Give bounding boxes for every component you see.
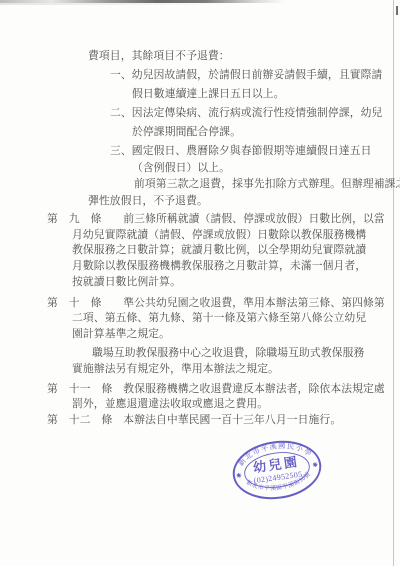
document-line: 前項第三款之退費，採事先扣除方式辦理。但辦理補課之 [134, 178, 400, 191]
document-line: 園計算基準之規定。 [72, 328, 170, 341]
document-line: 第 十 條 準公共幼兒園之收退費，準用本辦法第三條、第四條第 [47, 297, 385, 310]
document-line: 二項、第五條、第九條、第十一條及第六條至第八條公立幼兒 [72, 312, 366, 325]
document-line: 實施辦法另有規定外，準用本辦法之規定。 [72, 363, 279, 376]
document-line: 於停課期間配合停課。 [132, 126, 241, 139]
document-line: 第 九 條 前三條所稱就讀（請假、停課或放假）日數比例，以當 [47, 213, 385, 226]
document-line: 二、因法定傳染病、流行病或流行性疫情強制停課，幼兒 [110, 107, 382, 120]
document-line: 罰外，並應退還違法收取或應退之費用。 [72, 398, 268, 411]
document-line: 月數除以教保服務機構教保服務之月數計算，未滿一個月者， [72, 260, 366, 273]
document-line: 教保服務之日數計算；就讀月數比例，以全學期幼兒實際就讀 [72, 244, 366, 257]
document-line: 假日數連續達上課日五日以上。 [132, 88, 285, 101]
stamp-right-rosette-icon [312, 462, 317, 467]
document-line: 費項目，其餘項目不予退費： [88, 50, 230, 63]
school-stamp: 新北市平溪國民小學 新北市平溪區平溪街50號 幼兒園 (02)24952505 [211, 417, 342, 523]
scan-artifact-top-faint [0, 3, 240, 5]
document-line: 月幼兒實際就讀（請假、停課或放假）日數除以教保服務機構 [72, 229, 366, 242]
document-line: 職場互助教保服務中心之收退費，除職場互助式教保服務 [92, 347, 364, 360]
document-line: 彈性放假日，不予退費。 [88, 195, 208, 208]
document-line: 三、國定假日、農曆除夕與春節假期等連續假日達五日 [110, 145, 372, 158]
scan-artifact-corner [396, 6, 398, 15]
document-line: （含例假日）以上。 [132, 162, 230, 175]
scanned-document-page: 費項目，其餘項目不予退費：一、幼兒因故請假，於請假日前辦妥請假手續，且實際請假日… [0, 0, 400, 566]
document-line: 一、幼兒因故請假，於請假日前辦妥請假手續，且實際請 [110, 69, 382, 82]
scan-artifact-right-edge [393, 0, 394, 566]
document-line: 第 十一 條 教保服務機構之收退費違反本辦法者，除依本法規定處 [47, 383, 385, 396]
document-line: 按就讀日數比例計算。 [72, 276, 181, 289]
stamp-left-rosette-icon [236, 473, 241, 478]
